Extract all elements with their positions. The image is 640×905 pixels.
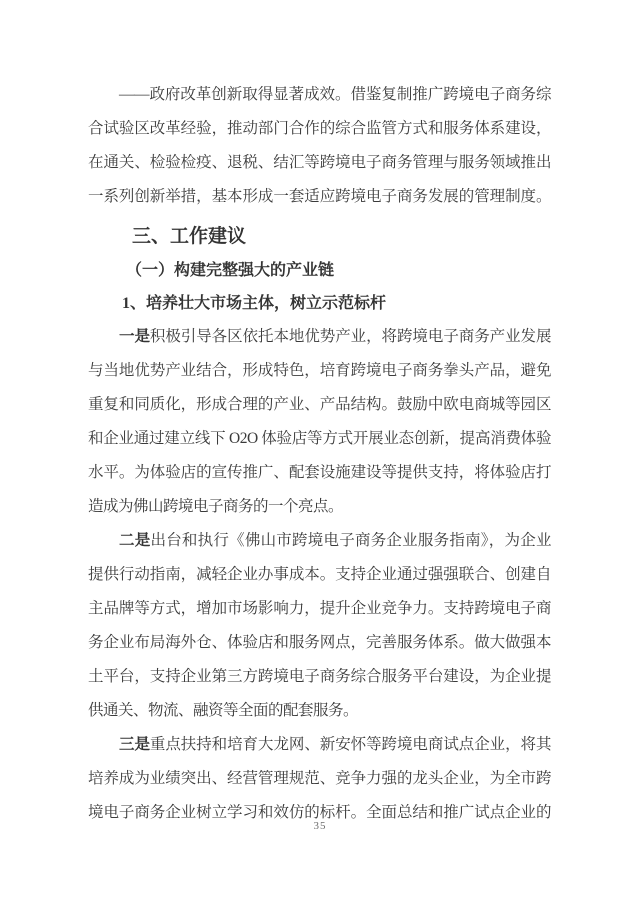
heading3: 1、培养壮大市场主体，树立示范标杆: [88, 287, 551, 320]
document-content: ——政府改革创新取得显著成效。借鉴复制推广跨境电子商务综合试验区改革经验，推动部…: [88, 78, 551, 830]
text-line: 务企业布局海外仓、体验店和服务网点，完善服务体系。做大做强本: [88, 626, 551, 660]
text-line: 一是积极引导各区依托本地优势产业，将跨境电子商务产业发展: [88, 320, 551, 354]
page-number: 35: [0, 820, 640, 832]
text-line: 合试验区改革经验，推动部门合作的综合监管方式和服务体系建设，: [88, 112, 551, 146]
text-line: ——政府改革创新取得显著成效。借鉴复制推广跨境电子商务综: [88, 78, 551, 112]
text-line: 水平。为体验店的宣传推广、配套设施建设等提供支持，将体验店打: [88, 456, 551, 490]
paragraph: 二是出台和执行《佛山市跨境电子商务企业服务指南》，为企业提供行动指南，减轻企业办…: [88, 524, 551, 728]
paragraph: ——政府改革创新取得显著成效。借鉴复制推广跨境电子商务综合试验区改革经验，推动部…: [88, 78, 551, 214]
document-page: ——政府改革创新取得显著成效。借鉴复制推广跨境电子商务综合试验区改革经验，推动部…: [0, 0, 640, 905]
paragraph-lead-bold: 二是: [119, 532, 150, 549]
text-line: 主品牌等方式，增加市场影响力，提升企业竞争力。支持跨境电子商: [88, 592, 551, 626]
text-line: 重复和同质化，形成合理的产业、产品结构。鼓励中欧电商城等园区: [88, 388, 551, 422]
text-line: 培养成为业绩突出、经营管理规范、竞争力强的龙头企业，为全市跨: [88, 762, 551, 796]
heading2: （一）构建完整强大的产业链: [88, 254, 551, 287]
heading1: 三、工作建议: [88, 220, 551, 254]
text-line: 供通关、物流、融资等全面的配套服务。: [88, 694, 551, 728]
text-line: 和企业通过建立线下 O2O 体验店等方式开展业态创新，提高消费体验: [88, 422, 551, 456]
text-line: 造成为佛山跨境电子商务的一个亮点。: [88, 490, 551, 524]
paragraph-lead-bold: 一是: [119, 328, 150, 345]
paragraph-lead-bold: 三是: [119, 736, 150, 753]
text-line: 三是重点扶持和培育大龙网、新安怀等跨境电商试点企业，将其: [88, 728, 551, 762]
text-line: 一系列创新举措，基本形成一套适应跨境电子商务发展的管理制度。: [88, 180, 551, 214]
paragraph: 三是重点扶持和培育大龙网、新安怀等跨境电商试点企业，将其培养成为业绩突出、经营管…: [88, 728, 551, 830]
text-line: 与当地优势产业结合，形成特色，培育跨境电子商务拳头产品，避免: [88, 354, 551, 388]
text-line: 二是出台和执行《佛山市跨境电子商务企业服务指南》，为企业: [88, 524, 551, 558]
text-line: 在通关、检验检疫、退税、结汇等跨境电子商务管理与服务领域推出: [88, 146, 551, 180]
text-line: 提供行动指南，减轻企业办事成本。支持企业通过强强联合、创建自: [88, 558, 551, 592]
paragraph: 一是积极引导各区依托本地优势产业，将跨境电子商务产业发展与当地优势产业结合，形成…: [88, 320, 551, 524]
text-line: 土平台，支持企业第三方跨境电子商务综合服务平台建设，为企业提: [88, 660, 551, 694]
